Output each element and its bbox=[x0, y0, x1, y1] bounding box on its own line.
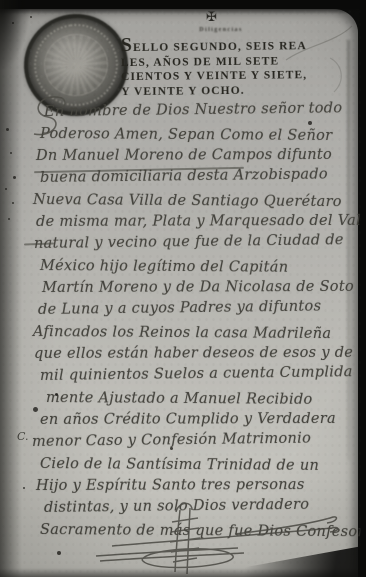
sello-line: SELLO SEGUNDO, SEIS REA bbox=[121, 36, 331, 56]
handwriting-line: de misma mar, Plata y Marquesado del Val… bbox=[36, 213, 366, 230]
ink-speck bbox=[30, 16, 32, 18]
backdrop-edge-right bbox=[358, 0, 366, 577]
handwriting-line: en años Crédito Cumplido y Verdadera bbox=[40, 411, 336, 428]
handwriting-line: Martín Moreno y de Da Nicolasa de Soto bbox=[42, 279, 354, 296]
paper-fold-shadow bbox=[347, 40, 350, 460]
ink-speck bbox=[55, 393, 58, 396]
sello-line: Y VEINTE Y OCHO. bbox=[121, 82, 331, 99]
handwriting-line: Dn Manuel Moreno de Campos difunto bbox=[36, 147, 332, 164]
small-print-ornament: Diligencias bbox=[178, 27, 264, 33]
sello-printed-block: SELLO SEGUNDO, SEIS REA LES, AÑOS DE MIL… bbox=[121, 36, 332, 99]
handwriting-line: mente Ajustado a Manuel Recibido bbox=[46, 390, 313, 408]
ink-speck bbox=[57, 551, 61, 555]
shadow-edge-left bbox=[0, 0, 24, 577]
handwriting-line: Poderoso Amen, Sepan Como el Señor bbox=[40, 126, 333, 144]
ink-speck bbox=[33, 407, 38, 412]
ink-speck bbox=[170, 447, 173, 450]
handwriting-line: Sacramento de más que fue Dios Confesor bbox=[40, 522, 365, 540]
backdrop-edge-top bbox=[0, 0, 366, 9]
handwriting-line: México hijo legítimo del Capitán bbox=[40, 258, 288, 276]
handwriting-line: Cielo de la Santísima Trinidad de un bbox=[40, 456, 319, 474]
backdrop-edge-top-fade bbox=[0, 9, 366, 14]
handwriting-line: distintas, y un solo Dios verdadero bbox=[44, 497, 309, 516]
handwriting-line: Afincados los Reinos la casa Madrileña bbox=[33, 324, 331, 342]
manuscript-photo: ✠ Diligencias SELLO SEGUNDO, SEIS REA LE… bbox=[0, 0, 366, 577]
ink-speck bbox=[308, 121, 312, 125]
sello-line: CIENTOS Y VEINTE Y SIETE, bbox=[121, 68, 331, 85]
handwriting-line: que ellos están haber deseos de esos y d… bbox=[34, 345, 353, 362]
handwriting-line: Nueva Casa Villa de Santiago Querétaro bbox=[33, 192, 342, 210]
handwriting-line: Hijo y Espíritu Santo tres personas bbox=[36, 477, 305, 494]
